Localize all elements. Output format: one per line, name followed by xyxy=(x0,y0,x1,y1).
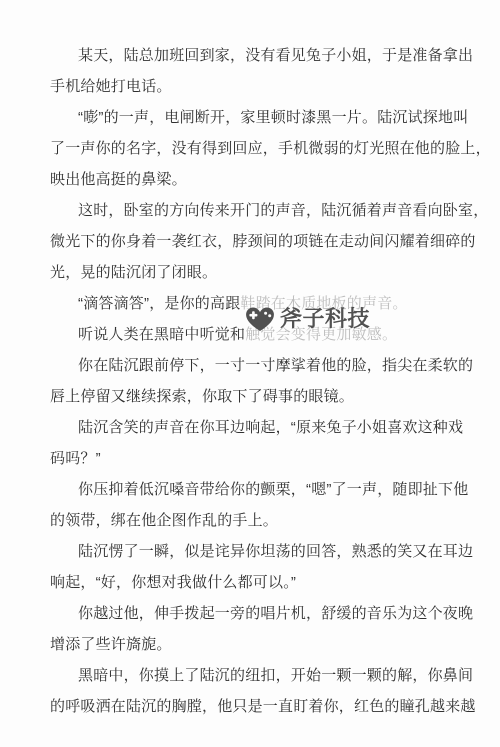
story-line: 陆沉含笑的声音在你耳边响起，“原来兔子小姐喜欢这种戏 xyxy=(50,412,484,443)
story-line: 这时，卧室的方向传来开门的声音，陆沉循着声音看向卧室， xyxy=(50,195,484,226)
story-text-page: 某天，陆总加班回到家，没有看见兔子小姐，于是准备拿出 手机给她打电话。 “嘭”的… xyxy=(50,40,484,722)
story-line: 某天，陆总加班回到家，没有看见兔子小姐，于是准备拿出 xyxy=(50,40,484,71)
story-line: 你压抑着低沉嗓音带给你的颤栗，“嗯”了一声，随即扯下他 xyxy=(50,474,484,505)
story-line: 黑暗中，你摸上了陆沉的纽扣，开始一颗一颗的解，你鼻间 xyxy=(50,660,484,691)
story-line: 映出他高挺的鼻梁。 xyxy=(50,164,484,195)
story-line: 了一声你的名字，没有得到回应，手机微弱的灯光照在他的脸上， xyxy=(50,133,484,164)
story-line: 手机给她打电话。 xyxy=(50,71,484,102)
story-line: 码吗？” xyxy=(50,443,484,474)
story-line: “嘭”的一声，电闸断开，家里顿时漆黑一片。陆沉试探地叫 xyxy=(50,102,484,133)
story-line-normal-segment: 听说人类在黑暗中听觉和 xyxy=(78,326,245,343)
story-line: 唇上停留又继续探索，你取下了碍事的眼镜。 xyxy=(50,381,484,412)
story-line: 微光下的你身着一袭红衣，脖颈间的项链在走动间闪耀着细碎的 xyxy=(50,226,484,257)
story-line: 陆沉愣了一瞬，似是诧异你坦荡的回答，熟悉的笑又在耳边 xyxy=(50,536,484,567)
story-line-normal-segment: “滴答滴答”，是你的高跟 xyxy=(78,295,240,312)
watermark-brand-text: 斧子科技 xyxy=(280,302,370,333)
story-line: 光，晃的陆沉闭了闭眼。 xyxy=(50,257,484,288)
story-line: 你在陆沉跟前停下，一寸一寸摩挲着他的脸，指尖在柔软的 xyxy=(50,350,484,381)
story-line: 的呼吸洒在陆沉的胸膛，他只是一直盯着你，红色的瞳孔越来越 xyxy=(50,691,484,722)
story-line: 响起，“好，你想对我做什么都可以。” xyxy=(50,567,484,598)
gamepad-heart-icon xyxy=(245,306,275,332)
watermark: 斧子科技 xyxy=(245,302,370,333)
story-line: 的领带，绑在他企图作乱的手上。 xyxy=(50,505,484,536)
story-line: 增添了些许旖旎。 xyxy=(50,629,484,660)
story-line: 你越过他，伸手拨起一旁的唱片机，舒缓的音乐为这个夜晚 xyxy=(50,598,484,629)
